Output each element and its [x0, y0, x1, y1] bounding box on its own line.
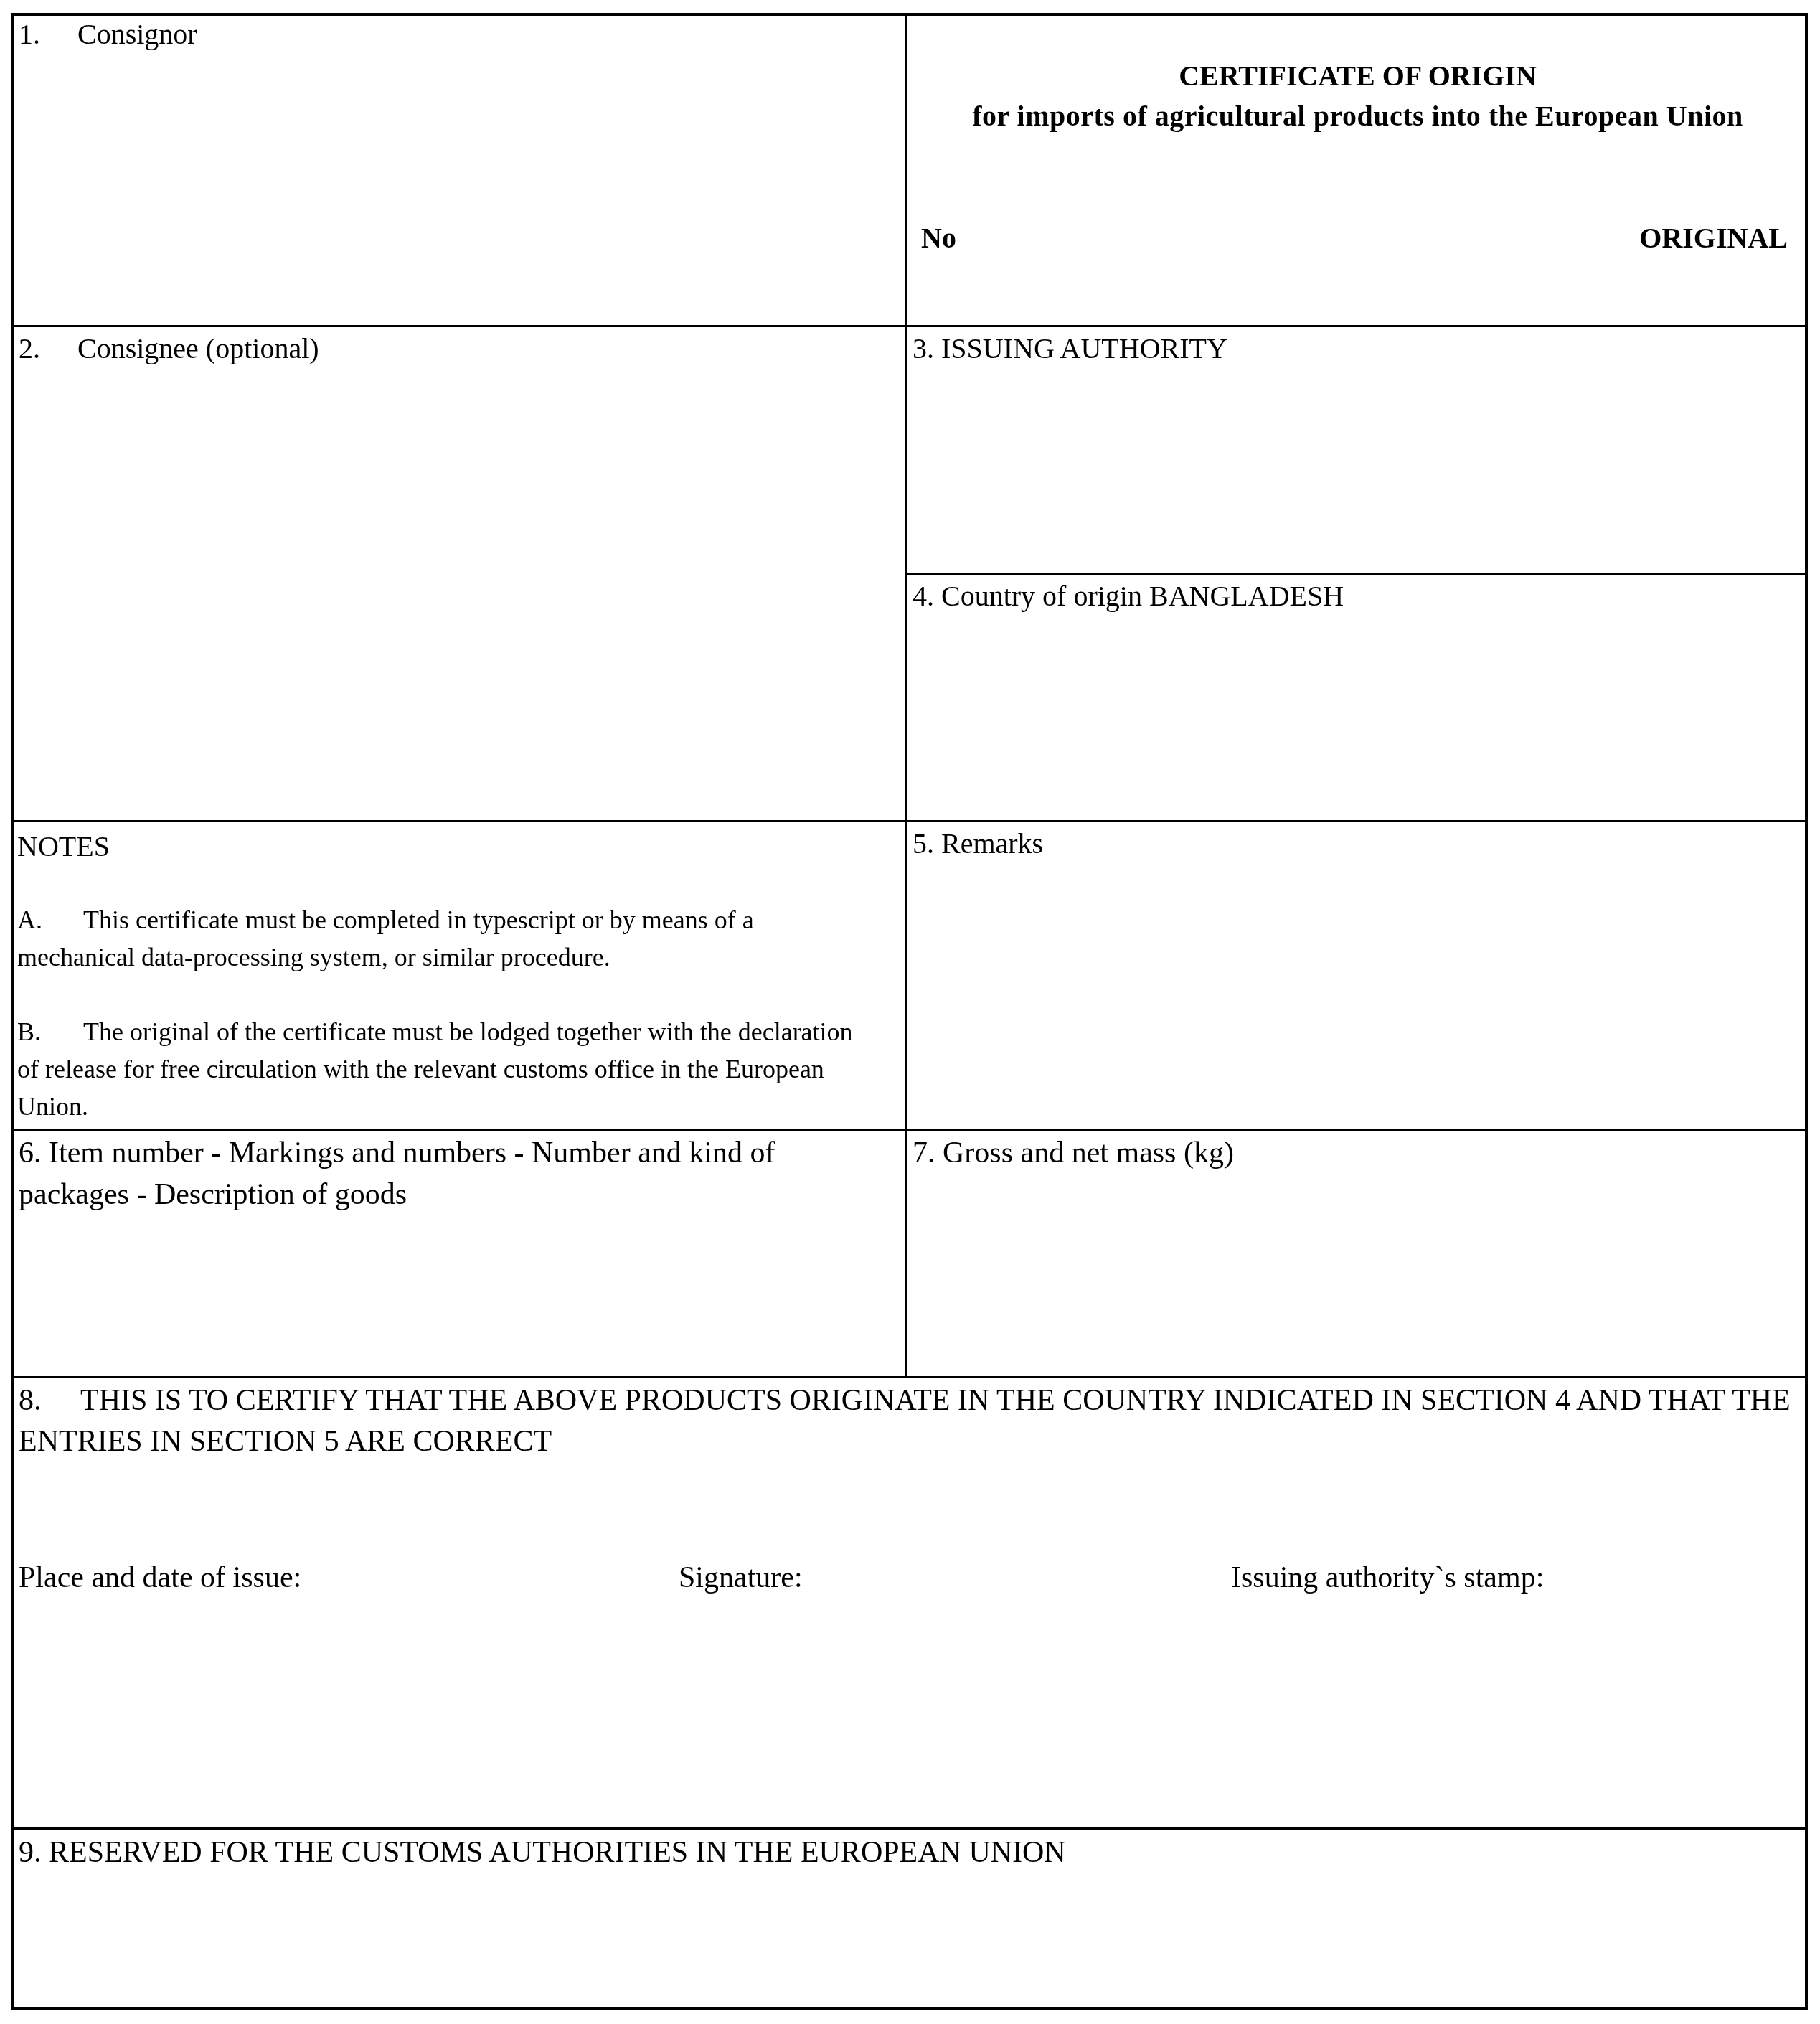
box1-text: Consignor	[77, 18, 197, 50]
box8-certification-line2: ENTRIES IN SECTION 5 ARE CORRECT	[19, 1421, 552, 1462]
row-divider-6-7	[14, 1129, 1805, 1131]
certificate-title: CERTIFICATE OF ORIGIN	[907, 56, 1808, 96]
box7-mass-label: 7. Gross and net mass (kg)	[913, 1132, 1234, 1174]
notes-heading: NOTES	[17, 827, 900, 867]
box3-issuing-authority-label: 3. ISSUING AUTHORITY	[913, 331, 1227, 366]
stamp-field[interactable]	[1227, 1601, 1808, 1825]
box8-line1-text: THIS IS TO CERTIFY THAT THE ABOVE PRODUC…	[80, 1384, 1791, 1417]
box2-text: Consignee (optional)	[77, 332, 319, 364]
original-label: ORIGINAL	[1639, 221, 1788, 255]
box8-certification-line1: 8.THIS IS TO CERTIFY THAT THE ABOVE PROD…	[19, 1380, 1791, 1421]
box5-remarks-label: 5. Remarks	[913, 827, 1043, 861]
box5-remarks-field[interactable]	[907, 862, 1808, 1128]
row-divider-notes	[14, 820, 1805, 822]
row-divider-3-4	[905, 573, 1805, 575]
note-a-line2: mechanical data-processing system, or si…	[17, 938, 900, 976]
box9-customs-field[interactable]	[14, 1874, 1808, 2007]
box4-country-of-origin-field[interactable]	[907, 615, 1808, 819]
place-date-field[interactable]	[14, 1601, 660, 1825]
box6-goods-label-line1: 6. Item number - Markings and numbers - …	[19, 1132, 775, 1174]
certificate-number-field[interactable]	[976, 217, 1478, 260]
note-b-line3: Union.	[17, 1088, 900, 1125]
place-date-label: Place and date of issue:	[19, 1557, 301, 1599]
row-divider-9	[14, 1827, 1805, 1830]
box4-country-of-origin-label: 4. Country of origin BANGLADESH	[913, 579, 1344, 613]
box3-issuing-authority-field[interactable]	[907, 367, 1808, 573]
box2-consignee-label: 2.Consignee (optional)	[19, 331, 319, 366]
note-a-marker: A.	[17, 901, 83, 938]
note-a-line1: This certificate must be completed in ty…	[83, 905, 754, 934]
stamp-label: Issuing authority`s stamp:	[1231, 1557, 1544, 1599]
box2-number: 2.	[19, 331, 77, 366]
signature-field[interactable]	[674, 1601, 1220, 1825]
box1-consignor-field[interactable]	[14, 52, 905, 324]
box2-consignee-field[interactable]	[14, 367, 905, 819]
notes-section: NOTES A.This certificate must be complet…	[17, 827, 900, 1125]
note-a: A.This certificate must be completed in …	[17, 901, 900, 938]
box1-consignor-label: 1.Consignor	[19, 17, 197, 52]
box9-customs-label: 9. RESERVED FOR THE CUSTOMS AUTHORITIES …	[19, 1832, 1066, 1873]
box8-number: 8.	[19, 1380, 80, 1421]
certificate-form: 1.Consignor CERTIFICATE OF ORIGIN for im…	[11, 13, 1808, 2010]
signature-label: Signature:	[679, 1557, 803, 1599]
note-b: B.The original of the certificate must b…	[17, 1013, 900, 1050]
note-b-marker: B.	[17, 1013, 83, 1050]
note-b-line1: The original of the certificate must be …	[83, 1017, 853, 1046]
certificate-number-label: No	[921, 221, 956, 255]
box1-number: 1.	[19, 17, 77, 52]
certificate-subtitle: for imports of agricultural products int…	[907, 96, 1808, 136]
row-divider-8	[14, 1376, 1805, 1378]
box7-mass-field[interactable]	[907, 1174, 1808, 1375]
box6-goods-label-line2: packages - Description of goods	[19, 1174, 407, 1215]
note-b-line2: of release for free circulation with the…	[17, 1050, 900, 1088]
box6-goods-description-field[interactable]	[14, 1215, 905, 1375]
row-divider-1	[14, 325, 1805, 327]
